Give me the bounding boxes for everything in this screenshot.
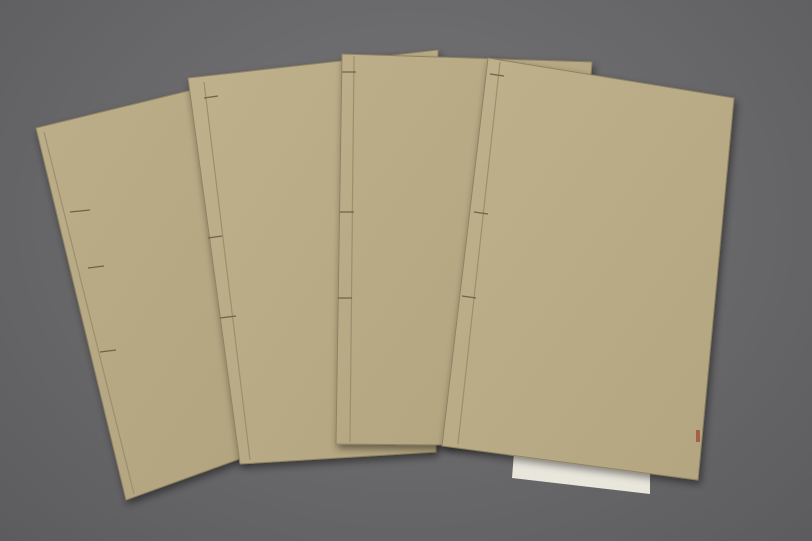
red-mark <box>696 430 700 442</box>
books-photo <box>0 0 812 541</box>
book-4 <box>442 58 734 480</box>
